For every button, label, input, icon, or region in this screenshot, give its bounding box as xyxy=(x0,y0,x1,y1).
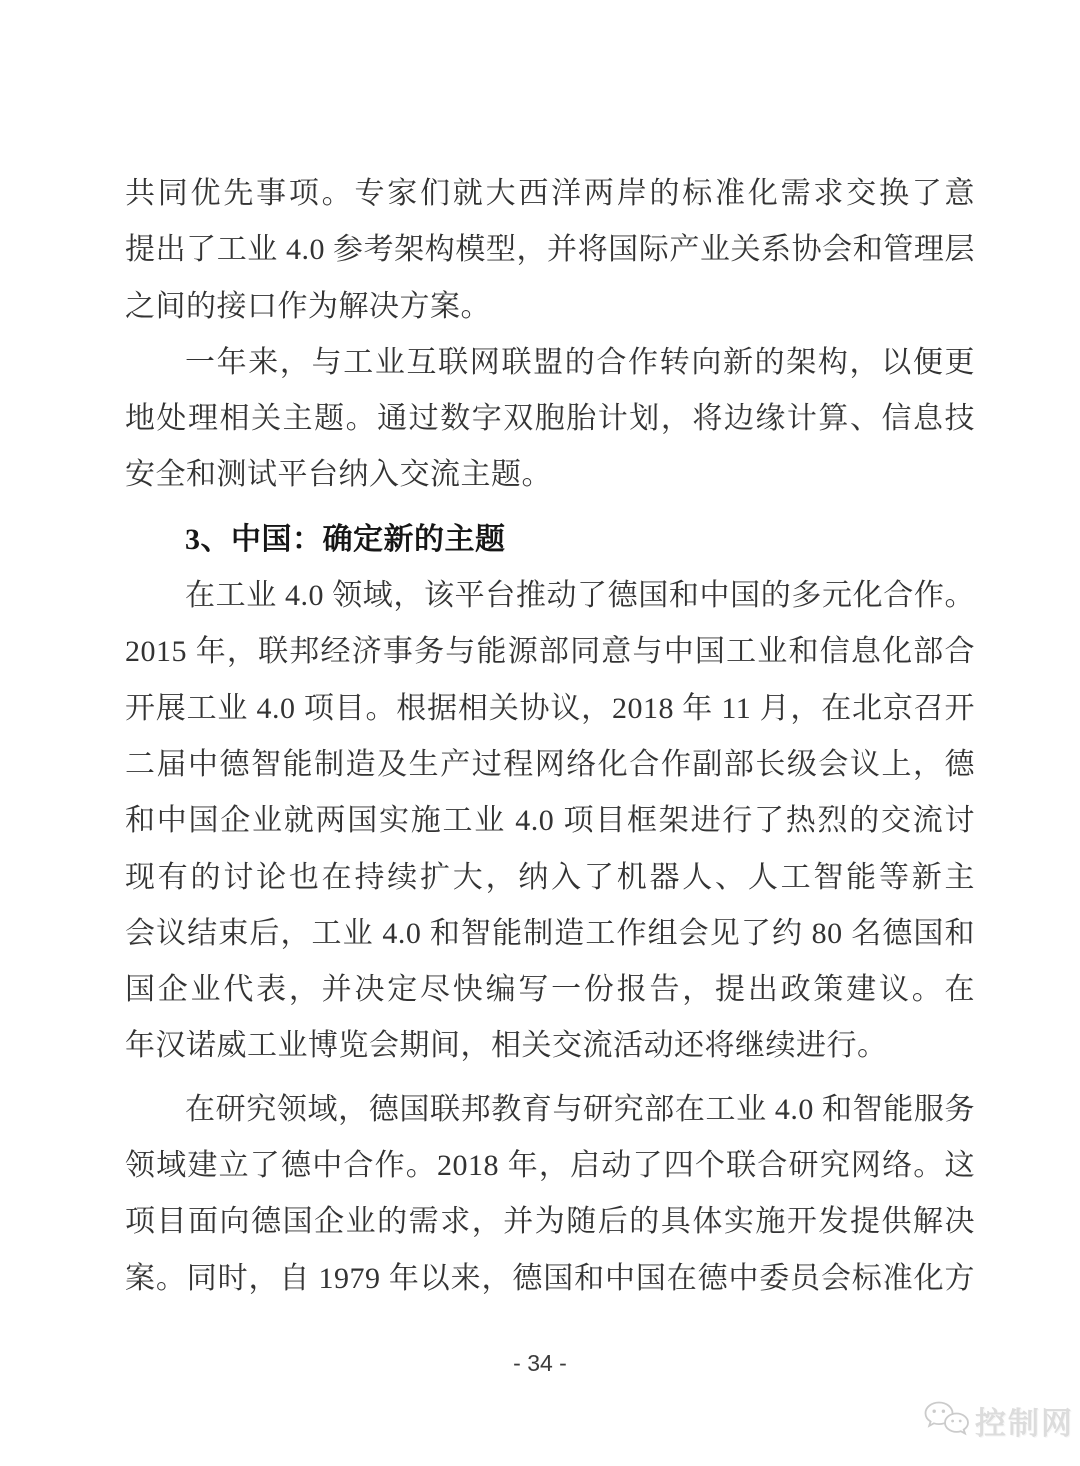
text-line: 之间的接口作为解决方案。 xyxy=(125,279,975,335)
text-line: 案。同时，自 1979 年以来，德国和中国在德中委员会标准化方 xyxy=(125,1251,975,1307)
wechat-icon xyxy=(923,1400,971,1442)
text-line: 在研究领域，德国联邦教育与研究部在工业 4.0 和智能服务 xyxy=(125,1082,975,1138)
text-line: 安全和测试平台纳入交流主题。 xyxy=(125,447,975,503)
text-line: 2015 年，联邦经济事务与能源部同意与中国工业和信息化部合作 xyxy=(125,624,975,680)
text-line: 共同优先事项。专家们就大西洋两岸的标准化需求交换了意见， xyxy=(125,166,975,222)
page-number: - 34 - xyxy=(0,1350,1080,1377)
text-line: 开展工业 4.0 项目。根据相关协议，2018 年 11 月，在北京召开第 xyxy=(125,681,975,737)
text-line: 二届中德智能制造及生产过程网络化合作副部长级会议上，德国 xyxy=(125,737,975,793)
document-lines: 共同优先事项。专家们就大西洋两岸的标准化需求交换了意见，提出了工业 4.0 参考… xyxy=(125,166,975,1307)
text-line: 项目面向德国企业的需求，并为随后的具体实施开发提供解决方 xyxy=(125,1194,975,1250)
text-line: 现有的讨论也在持续扩大，纳入了机器人、人工智能等新主题。 xyxy=(125,850,975,906)
text-line: 在工业 4.0 领域，该平台推动了德国和中国的多元化合作。 xyxy=(125,568,975,624)
text-line: 提出了工业 4.0 参考架构模型，并将国际产业关系协会和管理层 xyxy=(125,222,975,278)
document-page: 共同优先事项。专家们就大西洋两岸的标准化需求交换了意见，提出了工业 4.0 参考… xyxy=(0,0,1080,1466)
text-line: 一年来，与工业互联网联盟的合作转向新的架构，以便更快 xyxy=(125,335,975,391)
text-line: 领域建立了德中合作。2018 年，启动了四个联合研究网络。这些 xyxy=(125,1138,975,1194)
watermark: 控制网 xyxy=(923,1398,1074,1443)
text-line: 会议结束后，工业 4.0 和智能制造工作组会见了约 80 名德国和中 xyxy=(125,906,975,962)
watermark-label: 控制网 xyxy=(975,1398,1074,1443)
text-line: 地处理相关主题。通过数字双胞胎计划，将边缘计算、信息技术 xyxy=(125,391,975,447)
text-line: 年汉诺威工业博览会期间，相关交流活动还将继续进行。 xyxy=(125,1018,975,1074)
text-line: 和中国企业就两国实施工业 4.0 项目框架进行了热烈的交流讨论。 xyxy=(125,793,975,849)
text-line: 国企业代表，并决定尽快编写一份报告，提出政策建议。在 2019 xyxy=(125,962,975,1018)
section-heading: 3、中国：确定新的主题 xyxy=(125,512,975,568)
